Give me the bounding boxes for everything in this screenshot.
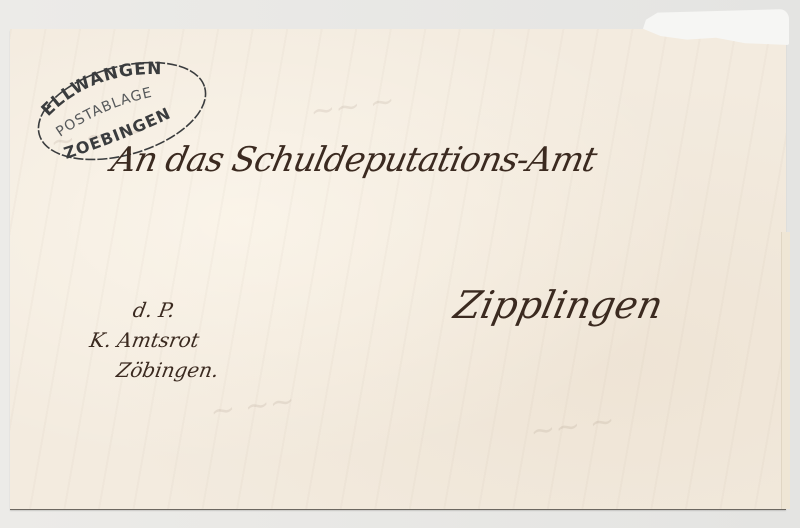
sender-note-line: Zöbingen. <box>82 355 221 385</box>
address-line-town: Zipplingen <box>450 283 667 327</box>
bleed-through-writing: ~~ ~ <box>528 403 617 449</box>
bleed-through-writing: ~~ ~ <box>308 83 397 129</box>
sender-note: d. P. K. Amtsrot Zöbingen. <box>82 295 232 385</box>
paper-fold-edge <box>781 232 790 509</box>
address-line-recipient: An das Schuldeputations-Amt <box>108 140 600 180</box>
bleed-through-writing: ~ ~~ <box>208 383 297 429</box>
sender-note-line: K. Amtsrot <box>87 325 226 355</box>
sender-note-line: d. P. <box>93 295 232 325</box>
